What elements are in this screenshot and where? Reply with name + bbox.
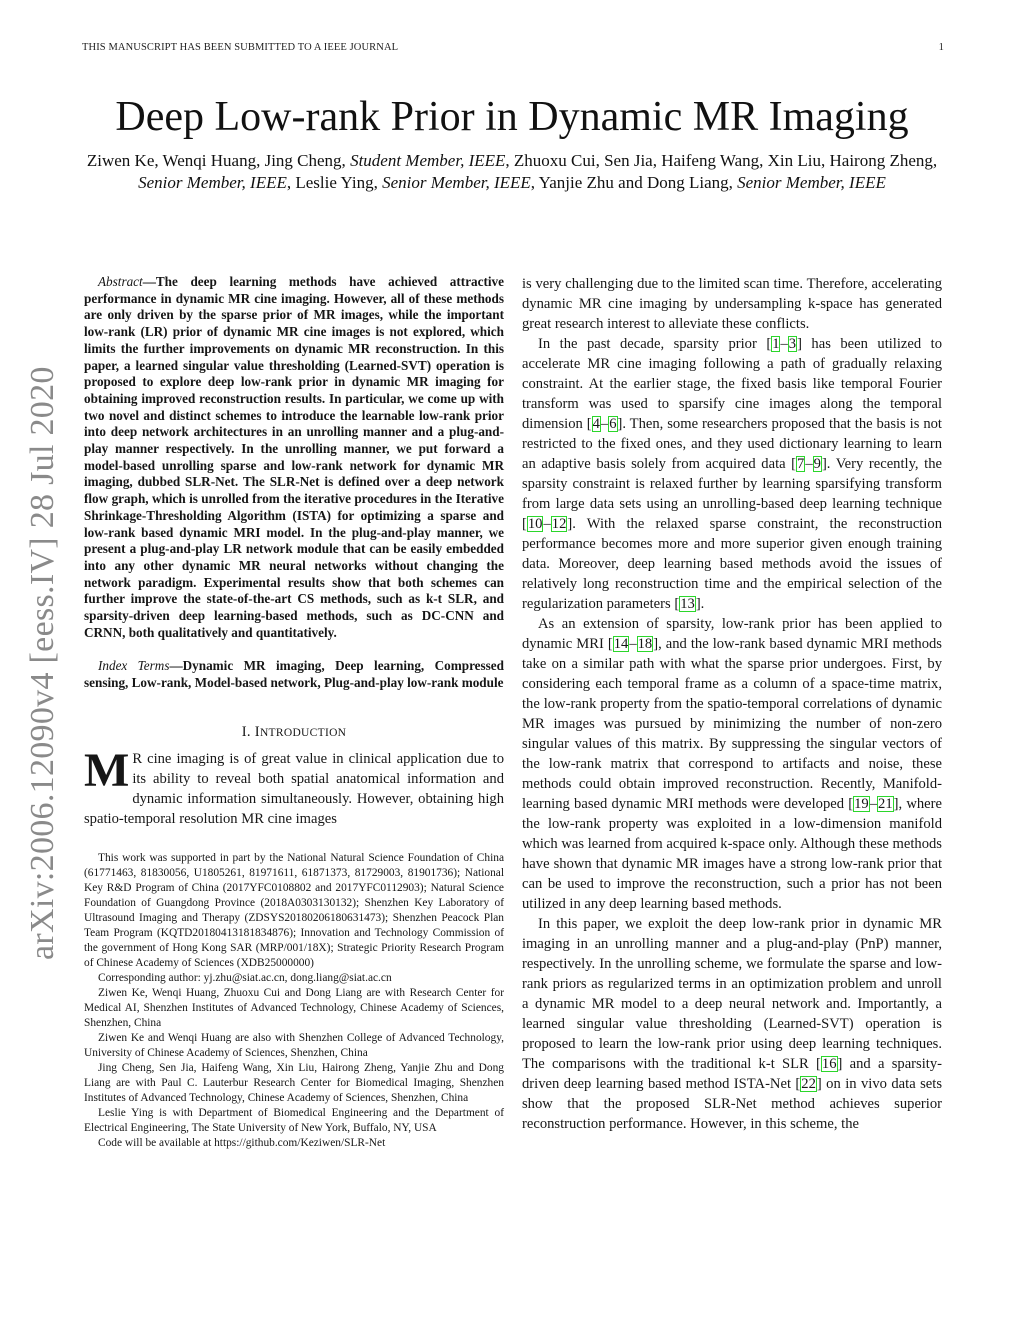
paragraph-text: ]. With the relaxed sparse constraint, t… (522, 516, 942, 612)
intro-first-paragraph-continued: is very challenging due to the limited s… (522, 274, 942, 334)
citation-link[interactable]: 10 (527, 516, 544, 532)
citation-link[interactable]: 18 (637, 636, 654, 652)
body-paragraph: In the past decade, sparsity prior [1–3]… (522, 334, 942, 614)
abstract: Abstract—The deep learning methods have … (84, 274, 504, 641)
drop-cap: M (84, 752, 129, 790)
author-membership: Senior Member, IEEE (737, 173, 886, 192)
abstract-text: —The deep learning methods have achieved… (84, 274, 504, 640)
author-names: , Yanjie Zhu and Dong Liang, (531, 173, 737, 192)
section-heading-introduction: I. INTRODUCTION (84, 722, 504, 743)
citation-link[interactable]: 14 (613, 636, 630, 652)
author-membership: Student Member, IEEE (350, 151, 505, 170)
paper-title: Deep Low-rank Prior in Dynamic MR Imagin… (0, 92, 1024, 142)
citation-link[interactable]: 3 (788, 336, 797, 352)
paragraph-text: – (543, 516, 550, 532)
running-head-text: THIS MANUSCRIPT HAS BEEN SUBMITTED TO A … (82, 42, 398, 53)
paragraph-text: – (629, 636, 636, 652)
author-membership: Senior Member, IEEE (138, 173, 287, 192)
intro-first-paragraph: MR cine imaging is of great value in cli… (84, 749, 504, 829)
body-paragraphs: In the past decade, sparsity prior [1–3]… (522, 334, 942, 1134)
page-number: 1 (939, 42, 944, 53)
paragraph-text: – (805, 456, 812, 472)
footnote: Ziwen Ke, Wenqi Huang, Zhuoxu Cui and Do… (84, 986, 504, 1031)
paragraph-text: In this paper, we exploit the deep low-r… (522, 916, 942, 1072)
citation-link[interactable]: 4 (592, 416, 601, 432)
body-paragraph: As an extension of sparsity, low-rank pr… (522, 614, 942, 914)
author-names: Ziwen Ke, Wenqi Huang, Jing Cheng, (87, 151, 350, 170)
citation-link[interactable]: 13 (679, 596, 696, 612)
footnote: This work was supported in part by the N… (84, 851, 504, 971)
footnote: Code will be available at https://github… (84, 1136, 504, 1151)
footnote: Jing Cheng, Sen Jia, Haifeng Wang, Xin L… (84, 1061, 504, 1106)
footnote: Leslie Ying is with Department of Biomed… (84, 1106, 504, 1136)
paragraph-text: ]. (696, 596, 705, 612)
index-terms-label: Index Terms (98, 658, 169, 673)
right-column: is very challenging due to the limited s… (522, 274, 942, 1134)
citation-link[interactable]: 19 (853, 796, 870, 812)
paragraph-text: In the past decade, sparsity prior [ (538, 336, 771, 352)
citation-link[interactable]: 9 (813, 456, 822, 472)
author-names: , Leslie Ying, (287, 173, 382, 192)
paragraph-text: ], where the low-rank property was explo… (522, 796, 942, 912)
abstract-label: Abstract (98, 274, 143, 289)
index-terms: Index Terms—Dynamic MR imaging, Deep lea… (84, 658, 504, 691)
author-names: , Zhuoxu Cui, Sen Jia, Haifeng Wang, Xin… (505, 151, 937, 170)
author-list: Ziwen Ke, Wenqi Huang, Jing Cheng, Stude… (86, 150, 938, 194)
footnote: Corresponding author: yj.zhu@siat.ac.cn,… (84, 971, 504, 986)
footnote: Ziwen Ke and Wenqi Huang are also with S… (84, 1031, 504, 1061)
citation-link[interactable]: 16 (821, 1056, 838, 1072)
citation-link[interactable]: 7 (796, 456, 805, 472)
citation-link[interactable]: 22 (800, 1076, 817, 1092)
arxiv-side-stamp[interactable]: arXiv:2006.12090v4 [eess.IV] 28 Jul 2020 (24, 366, 62, 960)
paragraph-text: – (870, 796, 877, 812)
citation-link[interactable]: 6 (608, 416, 617, 432)
citation-link[interactable]: 21 (877, 796, 894, 812)
author-membership: Senior Member, IEEE (382, 173, 531, 192)
paragraph-text: – (780, 336, 787, 352)
citation-link[interactable]: 12 (551, 516, 568, 532)
footnotes: This work was supported in part by the N… (84, 851, 504, 1151)
body-paragraph: In this paper, we exploit the deep low-r… (522, 914, 942, 1134)
left-column: Abstract—The deep learning methods have … (84, 274, 504, 1151)
paragraph-text: ], and the low-rank based dynamic MRI me… (522, 636, 942, 812)
running-head: THIS MANUSCRIPT HAS BEEN SUBMITTED TO A … (82, 42, 944, 53)
